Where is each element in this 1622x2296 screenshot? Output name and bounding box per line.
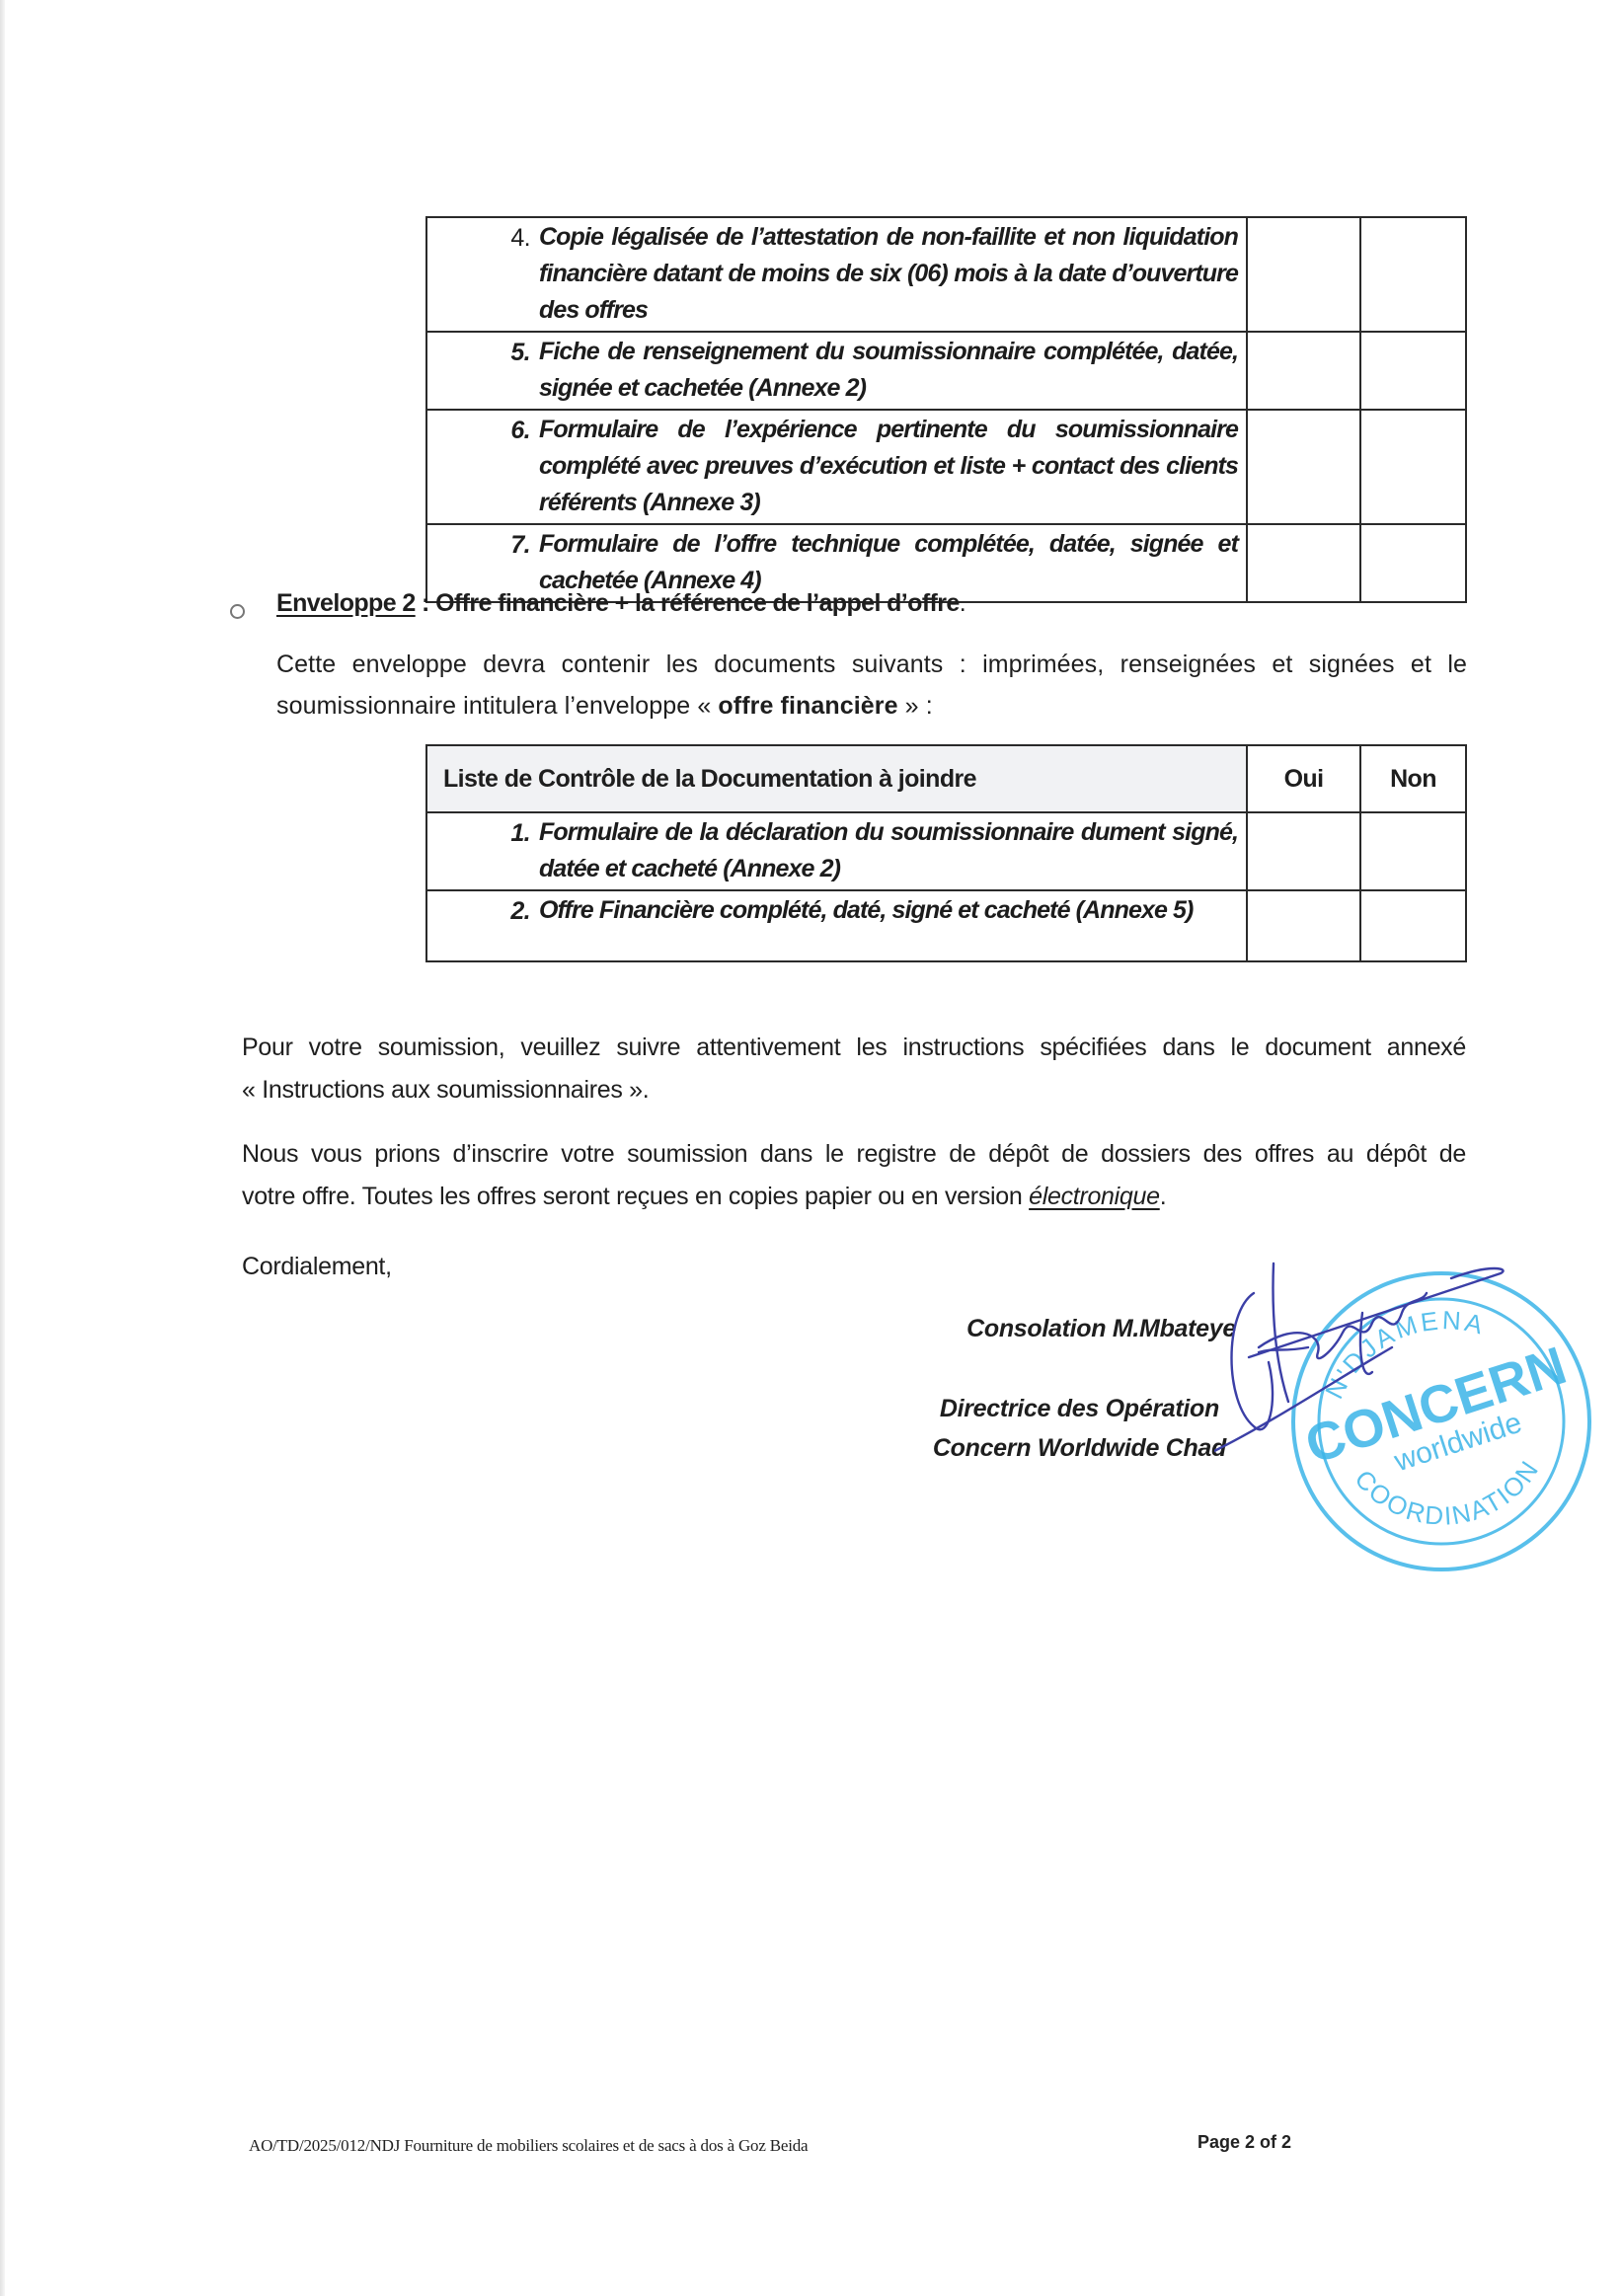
footer-page-number: Page 2 of 2 [1197, 2132, 1291, 2153]
envelope-2-heading: Enveloppe 2 : Offre financière + la réfé… [276, 589, 965, 618]
footer-tender-reference: AO/TD/2025/012/NDJ Fourniture de mobilie… [249, 2136, 808, 2156]
envelope-2-description-line-2: soumissionnaire intitulera l’enveloppe «… [276, 685, 1467, 727]
item-number: 4. [483, 220, 530, 257]
hollow-circle-bullet-icon [230, 604, 245, 619]
non-checkbox-cell[interactable] [1360, 332, 1466, 410]
oui-checkbox-cell[interactable] [1247, 812, 1360, 890]
text-span: » : [898, 692, 933, 720]
signatory-title: Directrice des Opération [940, 1395, 1219, 1423]
envelope-2-description: Cette enveloppe devra contenir les docum… [276, 644, 1467, 727]
instructions-line-1: Pour votre soumission, veuillez suivre a… [242, 1027, 1466, 1069]
table-row: 4. Copie légalisée de l’attestation de n… [426, 217, 1466, 332]
item-text: Formulaire de la déclaration du soumissi… [539, 813, 1238, 889]
column-header-oui: Oui [1247, 745, 1360, 812]
item-description-cell: 6. Formulaire de l’expérience pertinente… [426, 410, 1247, 524]
checklist-table-envelope-2: Liste de Contrôle de la Documentation à … [425, 744, 1467, 962]
text-span: votre offre. Toutes les offres seront re… [242, 1183, 1029, 1210]
registration-line-1: Nous vous prions d’inscrire votre soumis… [242, 1133, 1466, 1176]
instructions-paragraph: Pour votre soumission, veuillez suivre a… [242, 1027, 1466, 1111]
envelope-2-title: Offre financière + la référence de l’app… [435, 589, 960, 617]
item-number: 1. [483, 815, 530, 852]
table-row: 1. Formulaire de la déclaration du soumi… [426, 812, 1466, 890]
item-description-cell: 1. Formulaire de la déclaration du soumi… [426, 812, 1247, 890]
item-description-cell: 2. Offre Financière complété, daté, sign… [426, 890, 1247, 961]
table-row: 6. Formulaire de l’expérience pertinente… [426, 410, 1466, 524]
oui-checkbox-cell[interactable] [1247, 410, 1360, 524]
signatory-organization: Concern Worldwide Chad [933, 1434, 1226, 1463]
text-span: . [1160, 1183, 1167, 1210]
item-number: 5. [483, 335, 530, 371]
non-checkbox-cell[interactable] [1360, 524, 1466, 602]
item-text: Fiche de renseignement du soumissionnair… [539, 333, 1238, 409]
non-checkbox-cell[interactable] [1360, 812, 1466, 890]
registration-paragraph: Nous vous prions d’inscrire votre soumis… [242, 1133, 1466, 1218]
instructions-line-2: « Instructions aux soumissionnaires ». [242, 1069, 1466, 1111]
item-number: 7. [483, 527, 530, 564]
signatory-name: Consolation M.Mbateye [966, 1315, 1236, 1343]
item-text: Formulaire de l’expérience pertinente du… [539, 411, 1238, 523]
envelope-2-description-line-1: Cette enveloppe devra contenir les docum… [276, 644, 1467, 685]
item-text: Copie légalisée de l’attestation de non-… [539, 218, 1238, 331]
electronique-emphasis: électronique [1029, 1183, 1160, 1210]
item-description-cell: 4. Copie légalisée de l’attestation de n… [426, 217, 1247, 332]
non-checkbox-cell[interactable] [1360, 217, 1466, 332]
oui-checkbox-cell[interactable] [1247, 890, 1360, 961]
item-number: 2. [483, 893, 530, 930]
text-span: soumissionnaire intitulera l’enveloppe « [276, 692, 718, 720]
checklist-table-envelope-1: 4. Copie légalisée de l’attestation de n… [425, 216, 1467, 603]
envelope-2-title-end: . [960, 589, 965, 617]
item-number: 6. [483, 413, 530, 449]
envelope-2-label: Enveloppe 2 [276, 589, 416, 617]
table-header-row: Liste de Contrôle de la Documentation à … [426, 745, 1466, 812]
item-description-cell: 5. Fiche de renseignement du soumissionn… [426, 332, 1247, 410]
oui-checkbox-cell[interactable] [1247, 524, 1360, 602]
offre-financiere-emphasis: offre financière [718, 692, 897, 720]
column-header-description: Liste de Contrôle de la Documentation à … [426, 745, 1247, 812]
column-header-non: Non [1360, 745, 1466, 812]
oui-checkbox-cell[interactable] [1247, 332, 1360, 410]
envelope-2-separator: : [416, 589, 435, 617]
scan-edge-shadow [0, 0, 5, 2296]
handwritten-signature-icon [1214, 1254, 1510, 1481]
non-checkbox-cell[interactable] [1360, 410, 1466, 524]
non-checkbox-cell[interactable] [1360, 890, 1466, 961]
item-text: Offre Financière complété, daté, signé e… [539, 891, 1238, 931]
table-row: 5. Fiche de renseignement du soumissionn… [426, 332, 1466, 410]
table-row: 2. Offre Financière complété, daté, sign… [426, 890, 1466, 961]
registration-line-2: votre offre. Toutes les offres seront re… [242, 1176, 1466, 1218]
oui-checkbox-cell[interactable] [1247, 217, 1360, 332]
